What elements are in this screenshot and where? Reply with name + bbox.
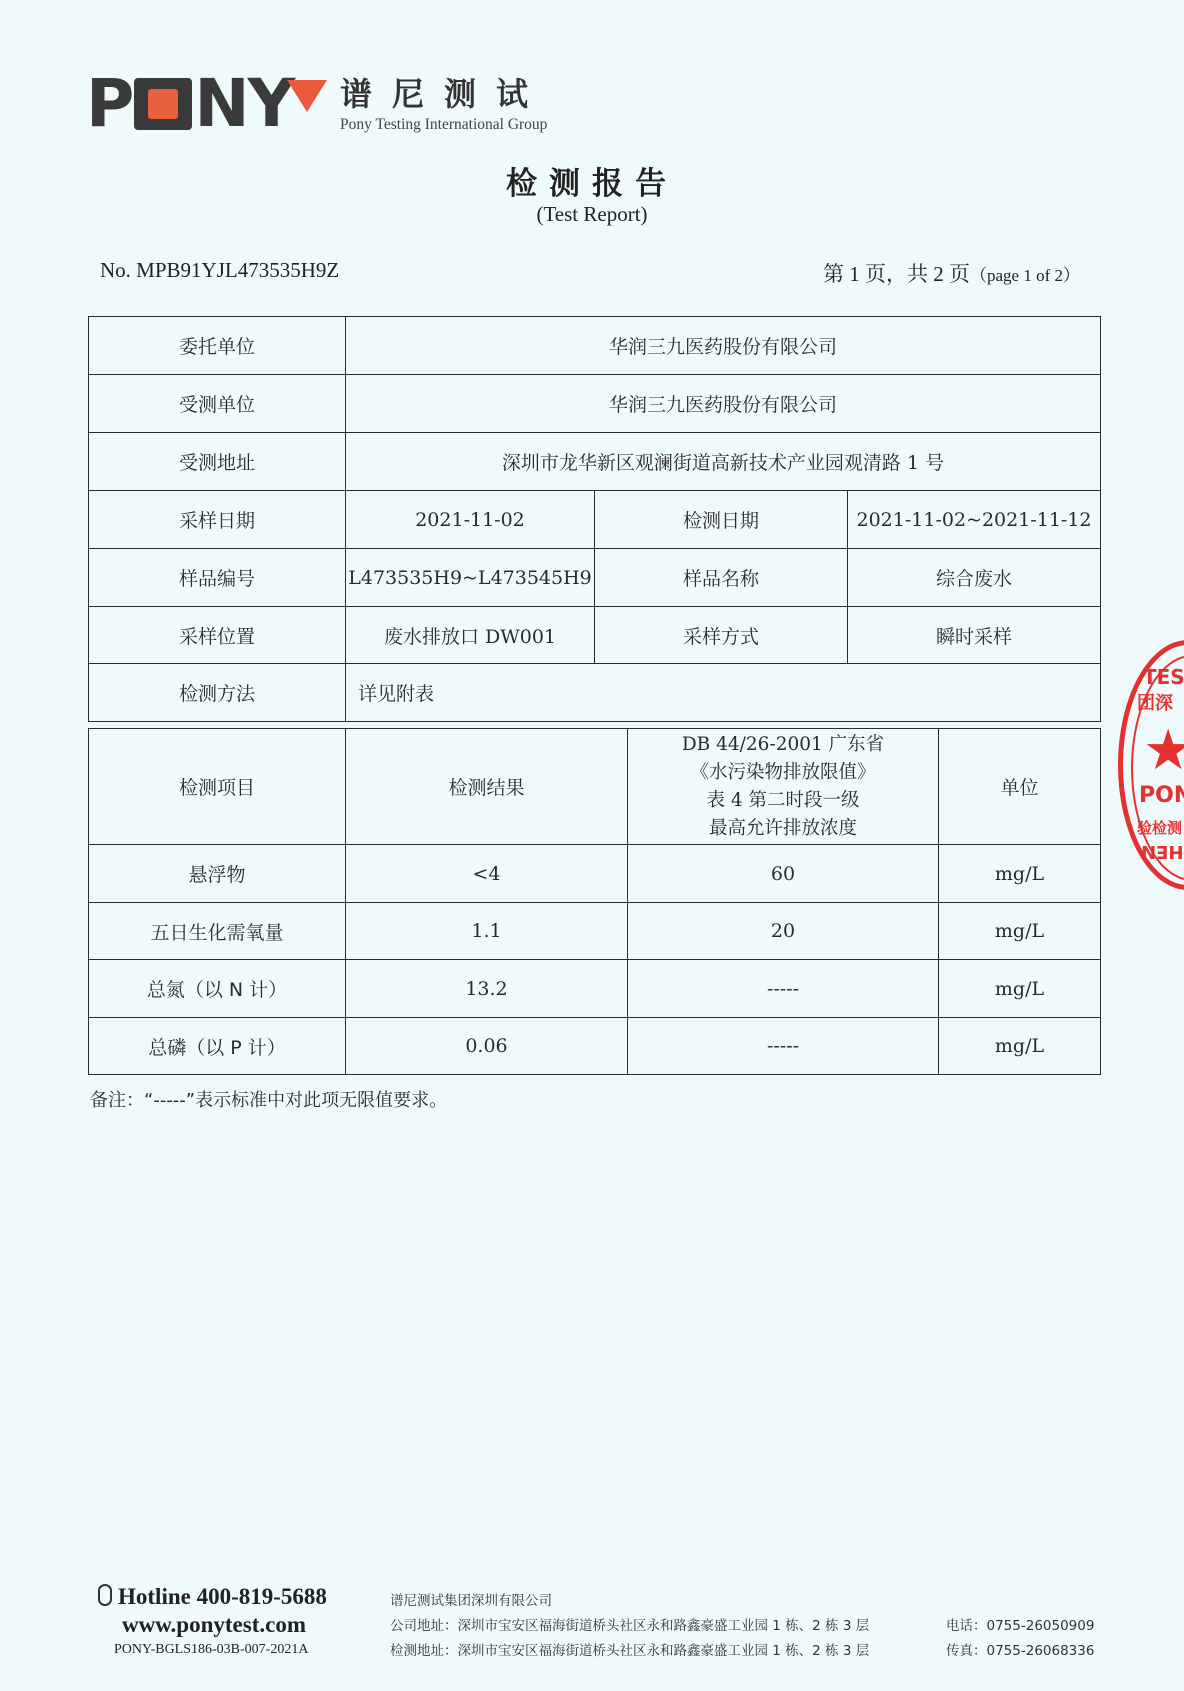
table-row-sample: 样品编号 L473535H9~L473545H9 样品名称 综合废水 (89, 549, 1101, 607)
standard-line-4: 最高允许排放浓度 (628, 815, 938, 843)
logo-triangle-icon (287, 80, 327, 112)
logo-o-square-icon (134, 78, 192, 130)
footer-form-code: PONY-BGLS186-03B-007-2021A (114, 1642, 308, 1658)
item-name: 总氮（以 N 计） (89, 960, 346, 1018)
footer-phone: 电话：0755-26050909 (946, 1614, 1094, 1639)
table-row-method: 检测方法 详见附表 (89, 664, 1101, 722)
page-info-cn: 第 1 页，共 2 页 (823, 262, 970, 286)
standard-line-2: 《水污染物排放限值》 (628, 759, 938, 787)
sampling-location-value: 废水排放口 DW001 (346, 607, 595, 664)
test-method-value: 详见附表 (346, 664, 1101, 722)
sample-name-value: 综合废水 (848, 549, 1101, 607)
logo-letter-n: N (194, 76, 247, 132)
page-info-en: （page 1 of 2） (970, 266, 1080, 285)
report-subtitle: (Test Report) (0, 202, 1184, 227)
item-limit: ----- (628, 960, 939, 1018)
table-row-tested-unit: 受测单位 华润三九医药股份有限公司 (89, 375, 1101, 433)
table-row: 五日生化需氧量 1.1 20 mg/L (89, 903, 1101, 960)
client-label: 委托单位 (89, 317, 346, 375)
item-unit: mg/L (939, 845, 1101, 903)
table-row-address: 受测地址 深圳市龙华新区观澜街道高新技术产业园观清路 1 号 (89, 433, 1101, 491)
standard-line-3: 表 4 第二时段一级 (628, 787, 938, 815)
header-unit: 单位 (939, 729, 1101, 845)
item-unit: mg/L (939, 1018, 1101, 1075)
logo-cn-name: 谱尼测试 (340, 76, 548, 112)
page-info: 第 1 页，共 2 页（page 1 of 2） (823, 258, 1080, 288)
address-label: 受测地址 (89, 433, 346, 491)
footer-test-address: 检测地址：深圳市宝安区福海街道桥头社区永和路鑫豪盛工业园 1 栋、2 栋 3 层 (390, 1639, 869, 1664)
report-title: 检测报告 (0, 158, 1184, 203)
footnote: 备注：“-----”表示标准中对此项无限值要求。 (90, 1086, 447, 1112)
test-method-label: 检测方法 (89, 664, 346, 722)
footer-contact-block: 电话：0755-26050909 传真：0755-26068336 (946, 1614, 1094, 1664)
item-name: 五日生化需氧量 (89, 903, 346, 960)
report-number: No. MPB91YJL473535H9Z (100, 258, 339, 283)
phone-icon (98, 1584, 112, 1606)
sample-name-label: 样品名称 (595, 549, 848, 607)
sampling-date-label: 采样日期 (89, 491, 346, 549)
item-unit: mg/L (939, 903, 1101, 960)
header-standard: DB 44/26-2001 广东省 《水污染物排放限值》 表 4 第二时段一级 … (628, 729, 939, 845)
seal-text-bottom: HEN (1141, 841, 1183, 862)
seal-text-cn-bottom: 验检测 (1137, 817, 1182, 838)
pony-logo: P N Y (86, 76, 327, 136)
item-result: 1.1 (346, 903, 628, 960)
results-table: 检测项目 检测结果 DB 44/26-2001 广东省 《水污染物排放限值》 表… (88, 728, 1101, 1075)
item-result: <4 (346, 845, 628, 903)
table-row: 总氮（以 N 计） 13.2 ----- mg/L (89, 960, 1101, 1018)
footer-company-address: 公司地址：深圳市宝安区福海街道桥头社区永和路鑫豪盛工业园 1 栋、2 栋 3 层 (390, 1614, 869, 1639)
tested-unit-label: 受测单位 (89, 375, 346, 433)
item-name: 悬浮物 (89, 845, 346, 903)
footer-website[interactable]: www.ponytest.com (122, 1612, 306, 1638)
footer-hotline: Hotline 400-819-5688 (98, 1584, 327, 1610)
footer-company-name: 谱尼测试集团深圳有限公司 (390, 1589, 869, 1614)
sampling-method-label: 采样方式 (595, 607, 848, 664)
client-value: 华润三九医药股份有限公司 (346, 317, 1101, 375)
item-name: 总磷（以 P 计） (89, 1018, 346, 1075)
test-date-value: 2021-11-02~2021-11-12 (848, 491, 1101, 549)
table-row-client: 委托单位 华润三九医药股份有限公司 (89, 317, 1101, 375)
logo-text: 谱尼测试 Pony Testing International Group (340, 76, 548, 134)
official-seal-stamp: TES 团深 ★ PON 验检测 HEN (1118, 640, 1184, 890)
sample-no-label: 样品编号 (89, 549, 346, 607)
logo-en-name: Pony Testing International Group (340, 116, 548, 134)
sampling-method-value: 瞬时采样 (848, 607, 1101, 664)
table-row: 总磷（以 P 计） 0.06 ----- mg/L (89, 1018, 1101, 1075)
address-value: 深圳市龙华新区观澜街道高新技术产业园观清路 1 号 (346, 433, 1101, 491)
item-limit: 60 (628, 845, 939, 903)
hotline-text: Hotline 400-819-5688 (118, 1584, 327, 1609)
seal-text-mid: PON (1139, 783, 1184, 808)
table-row: 悬浮物 <4 60 mg/L (89, 845, 1101, 903)
results-header-row: 检测项目 检测结果 DB 44/26-2001 广东省 《水污染物排放限值》 表… (89, 729, 1101, 845)
standard-line-1: DB 44/26-2001 广东省 (628, 731, 938, 759)
header-result: 检测结果 (346, 729, 628, 845)
logo-letter-p: P (86, 76, 132, 132)
item-result: 13.2 (346, 960, 628, 1018)
footer-company-block: 谱尼测试集团深圳有限公司 公司地址：深圳市宝安区福海街道桥头社区永和路鑫豪盛工业… (390, 1589, 869, 1664)
sample-no-value: L473535H9~L473545H9 (346, 549, 595, 607)
table-row-dates: 采样日期 2021-11-02 检测日期 2021-11-02~2021-11-… (89, 491, 1101, 549)
header-item: 检测项目 (89, 729, 346, 845)
info-table: 委托单位 华润三九医药股份有限公司 受测单位 华润三九医药股份有限公司 受测地址… (88, 316, 1101, 722)
item-limit: 20 (628, 903, 939, 960)
seal-text-top: TES (1143, 665, 1184, 689)
table-row-sampling: 采样位置 废水排放口 DW001 采样方式 瞬时采样 (89, 607, 1101, 664)
test-date-label: 检测日期 (595, 491, 848, 549)
star-icon: ★ (1143, 723, 1184, 779)
seal-text-cn-top: 团深 (1137, 689, 1173, 715)
sampling-date-value: 2021-11-02 (346, 491, 595, 549)
footer-fax: 传真：0755-26068336 (946, 1639, 1094, 1664)
item-result: 0.06 (346, 1018, 628, 1075)
sampling-location-label: 采样位置 (89, 607, 346, 664)
item-unit: mg/L (939, 960, 1101, 1018)
tested-unit-value: 华润三九医药股份有限公司 (346, 375, 1101, 433)
item-limit: ----- (628, 1018, 939, 1075)
